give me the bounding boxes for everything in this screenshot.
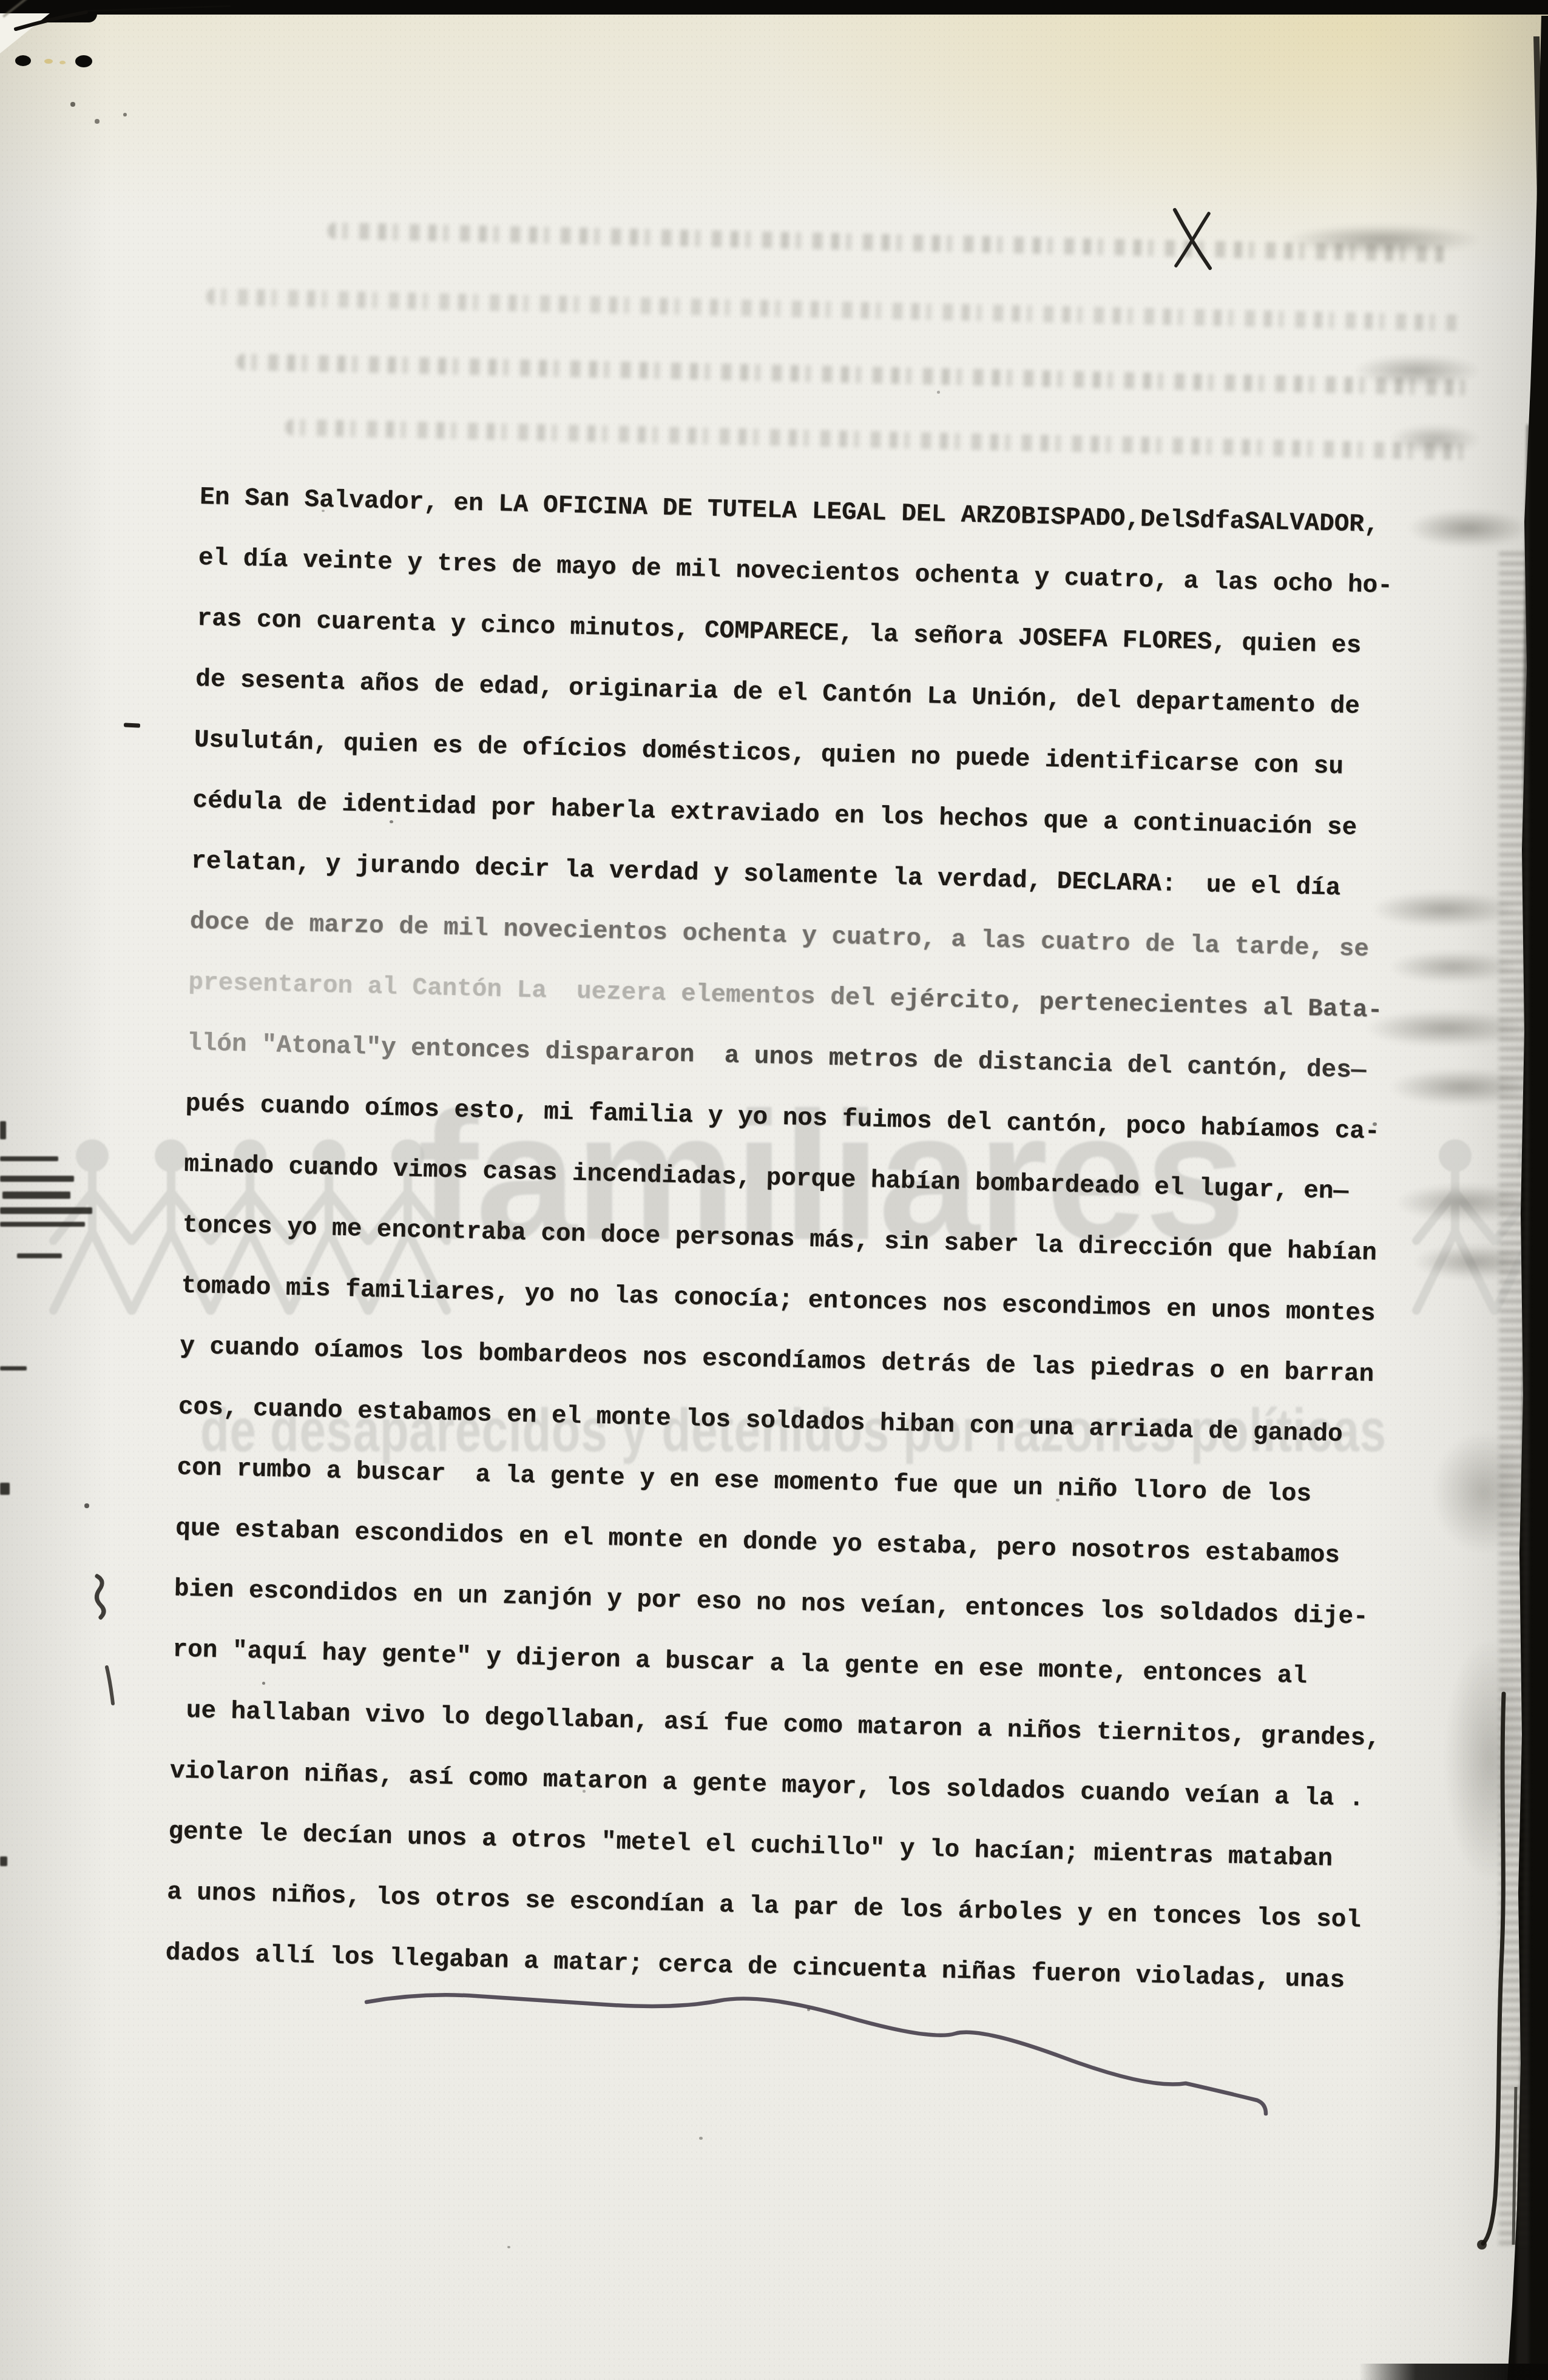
paper-speck bbox=[322, 510, 325, 512]
scanned-document-page: familiares de desaparecidos y detenidos … bbox=[0, 0, 1548, 2380]
paper-speck bbox=[1056, 1498, 1060, 1502]
paper-speck bbox=[583, 1790, 586, 1793]
paper-speck bbox=[937, 391, 940, 394]
paper-speck bbox=[262, 1682, 265, 1685]
paper-speck bbox=[807, 2008, 810, 2011]
paper-speck bbox=[390, 820, 393, 823]
pen-stroke-topleft bbox=[0, 0, 1548, 2380]
paper-speck bbox=[1373, 1122, 1377, 1126]
paper-speck bbox=[507, 2246, 510, 2248]
paper-speck bbox=[699, 2137, 703, 2140]
